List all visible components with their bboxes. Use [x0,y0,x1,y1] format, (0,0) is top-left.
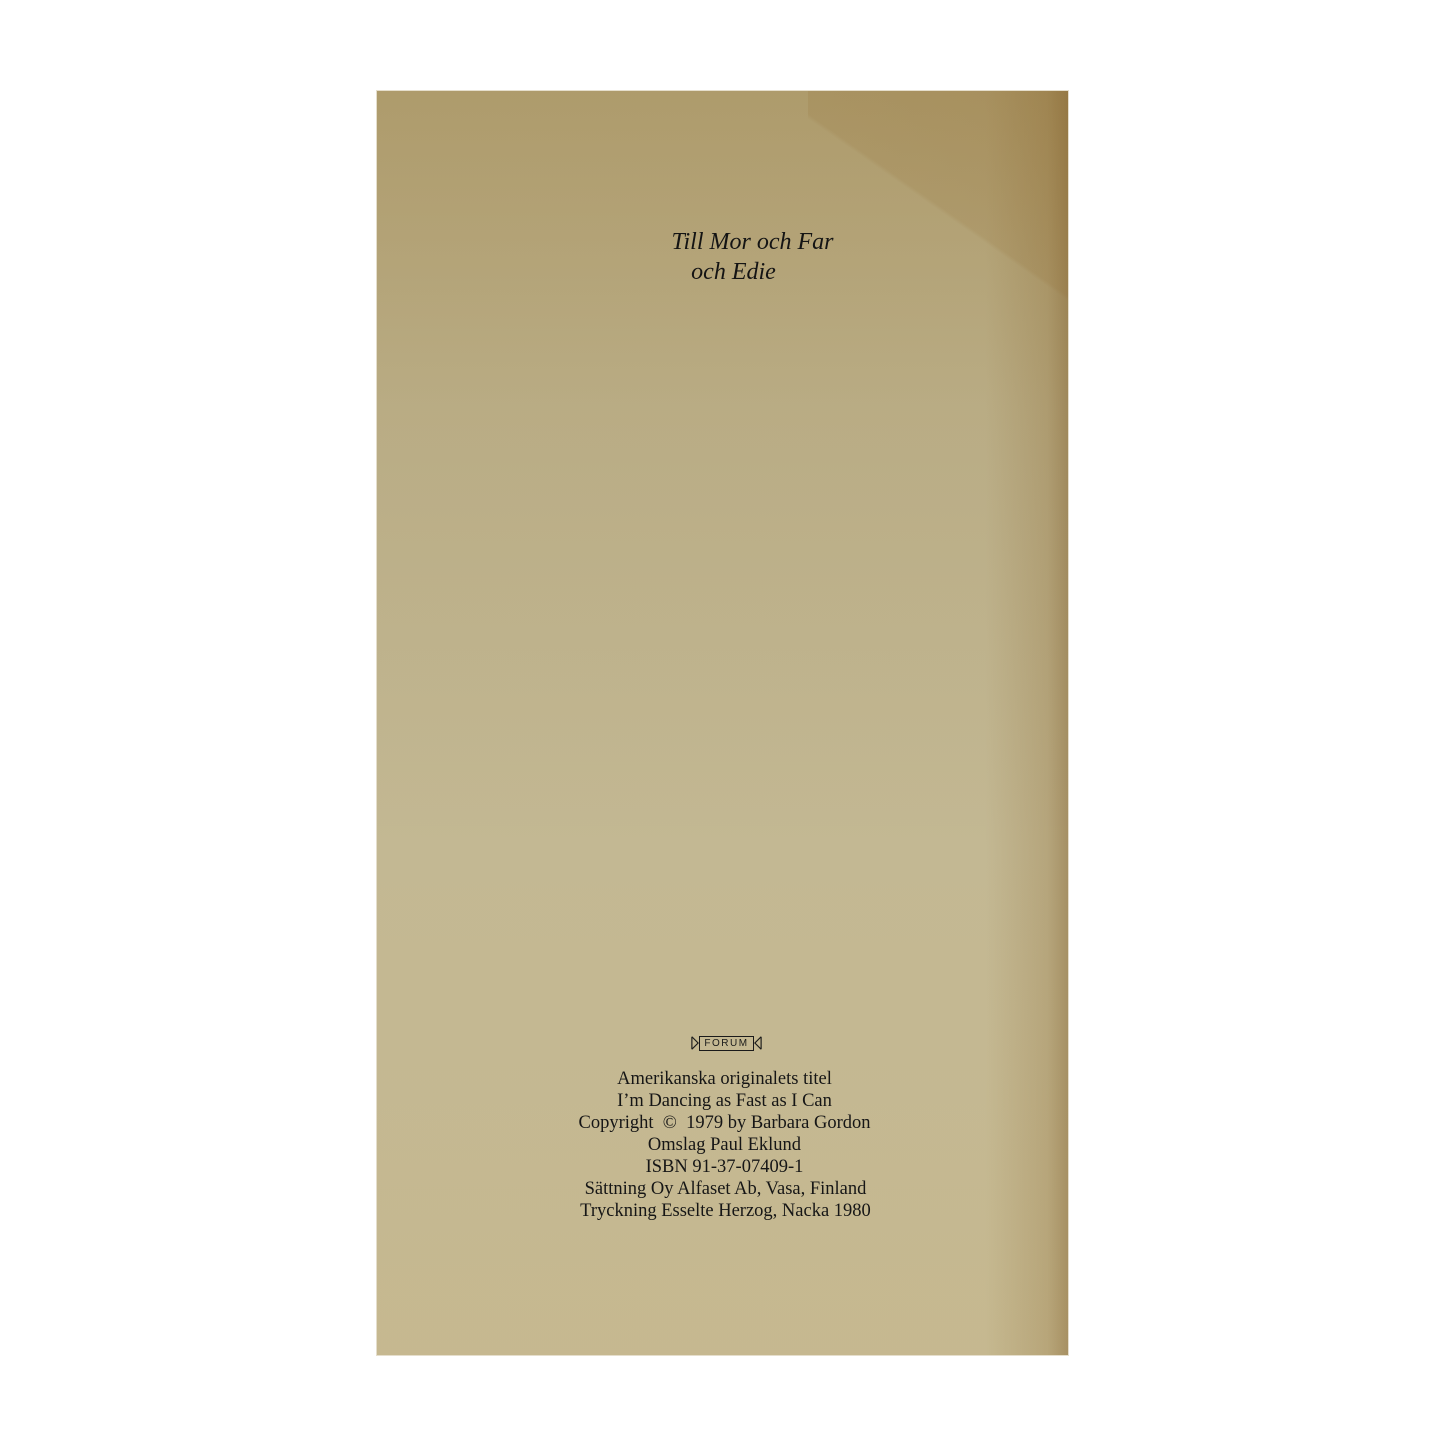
publisher-logo-icon: FORUM [691,1033,761,1053]
logo-right-bracket-icon [754,1035,762,1051]
dedication-line: Till Mor och Far [377,227,1068,257]
cover-credit: Omslag Paul Eklund [377,1134,1068,1156]
typesetting-credit: Sättning Oy Alfaset Ab, Vasa, Finland [377,1178,1068,1200]
printing-credit: Tryckning Esselte Herzog, Nacka 1980 [377,1200,1068,1222]
isbn: ISBN 91-37-07409-1 [377,1156,1068,1178]
logo-left-bracket-icon [691,1035,699,1051]
dedication-line: och Edie [377,257,1068,287]
copyright-line: Copyright © 1979 by Barbara Gordon [377,1112,1068,1134]
book-page: Till Mor och Far och Edie FORUM Amerikan… [377,91,1068,1355]
publisher-name: FORUM [699,1036,753,1051]
original-title: I’m Dancing as Fast as I Can [377,1090,1068,1112]
original-title-label: Amerikanska originalets titel [377,1068,1068,1090]
colophon-text: Amerikanska originalets titel I’m Dancin… [377,1068,1068,1222]
colophon: FORUM Amerikanska originalets titel I’m … [377,1033,1068,1222]
dedication: Till Mor och Far och Edie [377,227,1068,287]
